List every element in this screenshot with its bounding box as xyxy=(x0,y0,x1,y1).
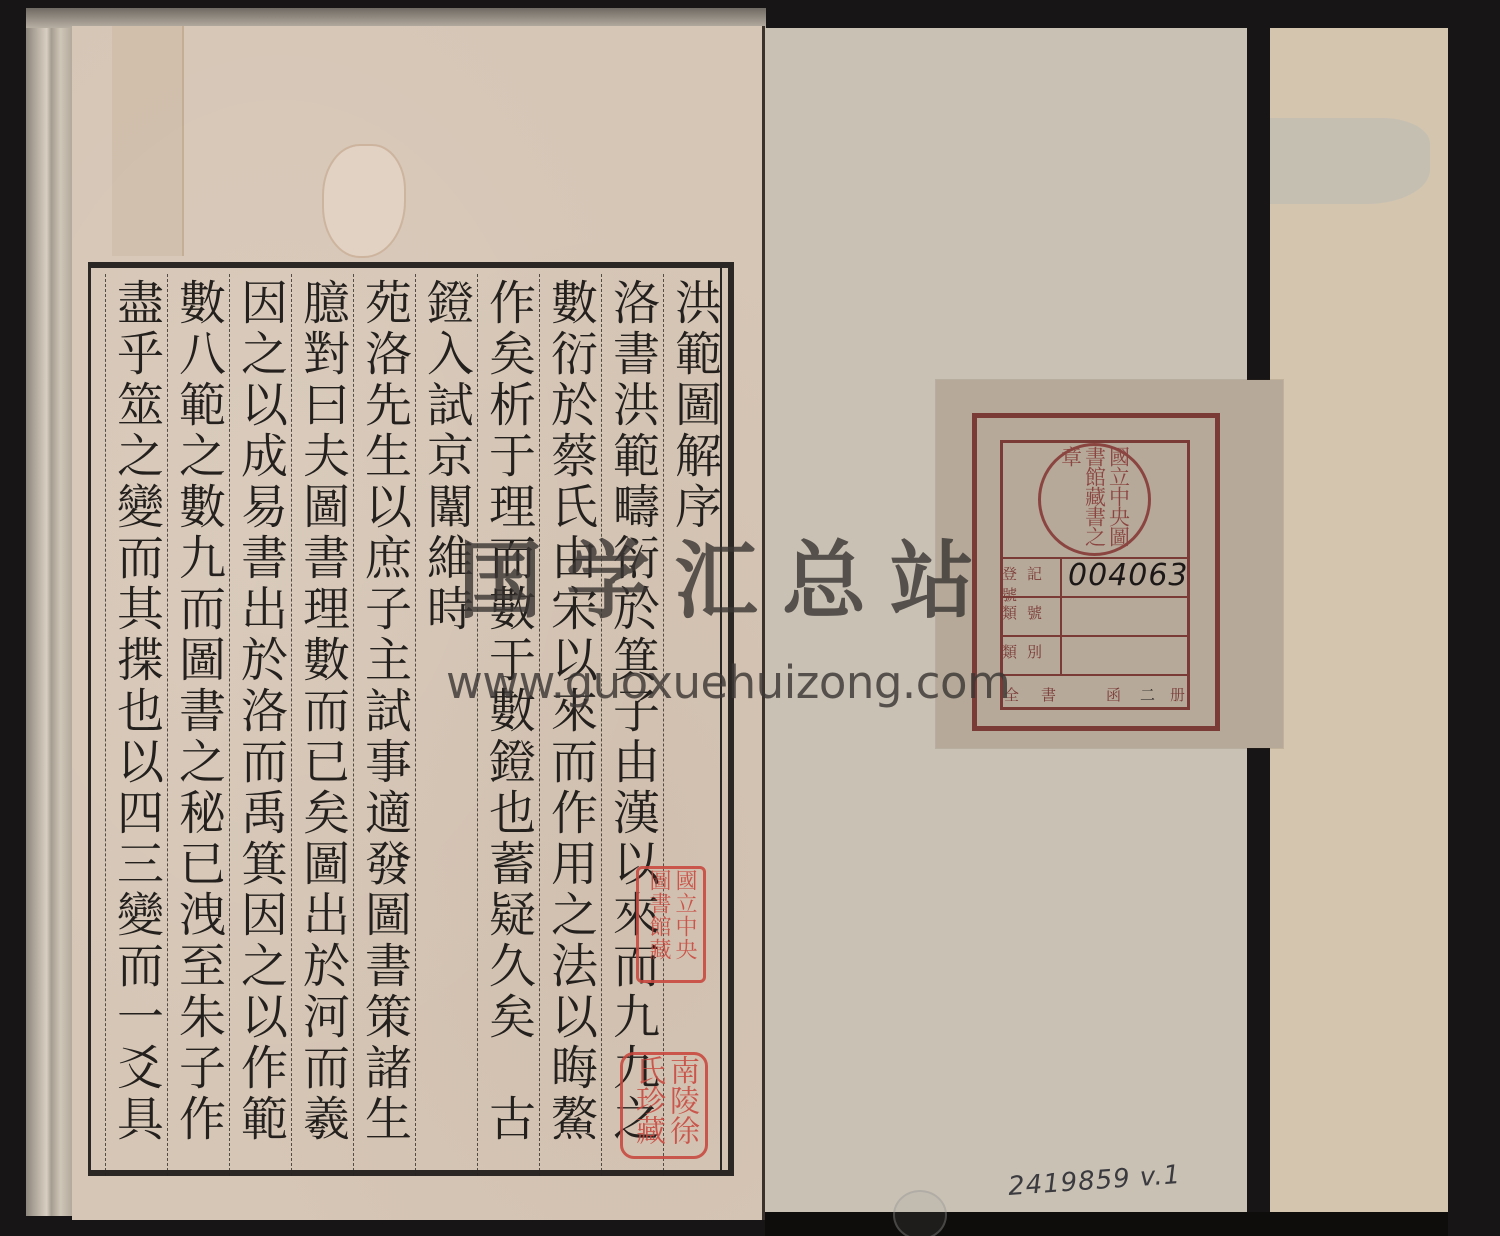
seal-text: 南陵徐氏珍藏 xyxy=(630,1055,698,1156)
column-text: 盡乎筮之變而其揲也以四三變而一爻具九變而 xyxy=(106,274,166,1178)
text-column-10: 盡乎筮之變而其揲也以四三變而一爻具九變而 xyxy=(105,274,167,1176)
card-label: 全書 xyxy=(1004,684,1078,705)
column-text: 洪範圖解序 xyxy=(664,274,724,1178)
round-library-seal: 國立中央圖書館藏書之章 xyxy=(1038,443,1151,556)
text-column-4: 作矣析于理而數于數鐙也蓄疑久矣𨔵古嘉靖戊子 xyxy=(477,274,539,1176)
box-label: 函 xyxy=(1106,684,1121,705)
column-text: 臆對曰夫圖書理數而已矣圖出於河而羲文周孔 xyxy=(292,274,352,1178)
page-edge-stack xyxy=(26,8,72,1216)
volume-label: 册 xyxy=(1170,684,1185,705)
card-row-registration-number: 登記號 004063 xyxy=(1000,557,1190,596)
right-page-outer xyxy=(1270,28,1448,1220)
watermark-url: www.guoxuehuizong.com xyxy=(446,656,1010,709)
card-divider xyxy=(1060,637,1062,674)
watermark-title: 国学汇总站 xyxy=(458,514,998,635)
column-text: 作矣析于理而數于數鐙也蓄疑久矣𨔵古嘉靖戊子 xyxy=(478,274,538,1178)
water-stain xyxy=(112,26,184,256)
card-row-class-number: 類號 xyxy=(1000,596,1190,635)
column-text: 苑洛先生以庶子主試事適發圖書策諸生鐙惟以 xyxy=(354,274,414,1178)
card-row-volume-count: 全書 函 二 册 xyxy=(1000,674,1190,716)
text-column-3: 數衍於蔡氏由宋以來而作用之法以晦鰲峯氏有 xyxy=(539,274,601,1176)
column-text: 洛書洪範疇衍於箕子由漢以來而九九之數不傳 xyxy=(602,274,662,1178)
page-top-edge xyxy=(26,8,766,28)
card-divider xyxy=(1060,559,1062,596)
text-column-8: 因之以成易書出於洛而禹箕因之以作範然卦之 xyxy=(229,274,291,1176)
registration-number: 004063 xyxy=(1068,558,1189,593)
card-row-category: 類別 xyxy=(1000,635,1190,674)
text-column-7: 臆對曰夫圖書理數而已矣圖出於河而羲文周孔 xyxy=(291,274,353,1176)
seal-text: 國立中央圖書館藏 xyxy=(645,869,697,980)
card-label: 類號 xyxy=(1002,602,1058,623)
printed-text-frame: 洪範圖解序 洛書洪範疇衍於箕子由漢以來而九九之數不傳 數衍於蔡氏由宋以來而作用之… xyxy=(88,262,734,1176)
paper-patch xyxy=(1270,118,1430,204)
bottom-shadow xyxy=(765,1212,1448,1236)
column-text: 鐙入試京闈維時 xyxy=(416,274,476,1178)
text-column-5: 鐙入試京闈維時 xyxy=(415,274,477,1176)
library-seal-stamp: 國立中央圖書館藏 xyxy=(636,866,706,983)
library-emblem-stamp xyxy=(893,1190,947,1236)
seal-text: 國立中央圖書館藏書之章 xyxy=(1059,446,1131,553)
column-text: 因之以成易書出於洛而禹箕因之以作範然卦之 xyxy=(230,274,290,1178)
text-column-6: 苑洛先生以庶子主試事適發圖書策諸生鐙惟以 xyxy=(353,274,415,1176)
text-column-2: 洛書洪範疇衍於箕子由漢以來而九九之數不傳 xyxy=(601,274,663,1176)
column-text: 數八範之數九而圖書之秘已洩至朱子作啓蒙以 xyxy=(168,274,228,1178)
card-label: 類別 xyxy=(1002,641,1058,662)
collector-seal-stamp: 南陵徐氏珍藏 xyxy=(620,1052,708,1159)
text-column-1: 洪範圖解序 xyxy=(663,274,725,1176)
column-text: 數衍於蔡氏由宋以來而作用之法以晦鰲峯氏有 xyxy=(540,274,600,1178)
card-divider xyxy=(1060,598,1062,635)
water-stain xyxy=(322,144,406,258)
text-column-9: 數八範之數九而圖書之秘已洩至朱子作啓蒙以 xyxy=(167,274,229,1176)
box-value: 二 xyxy=(1140,684,1155,705)
